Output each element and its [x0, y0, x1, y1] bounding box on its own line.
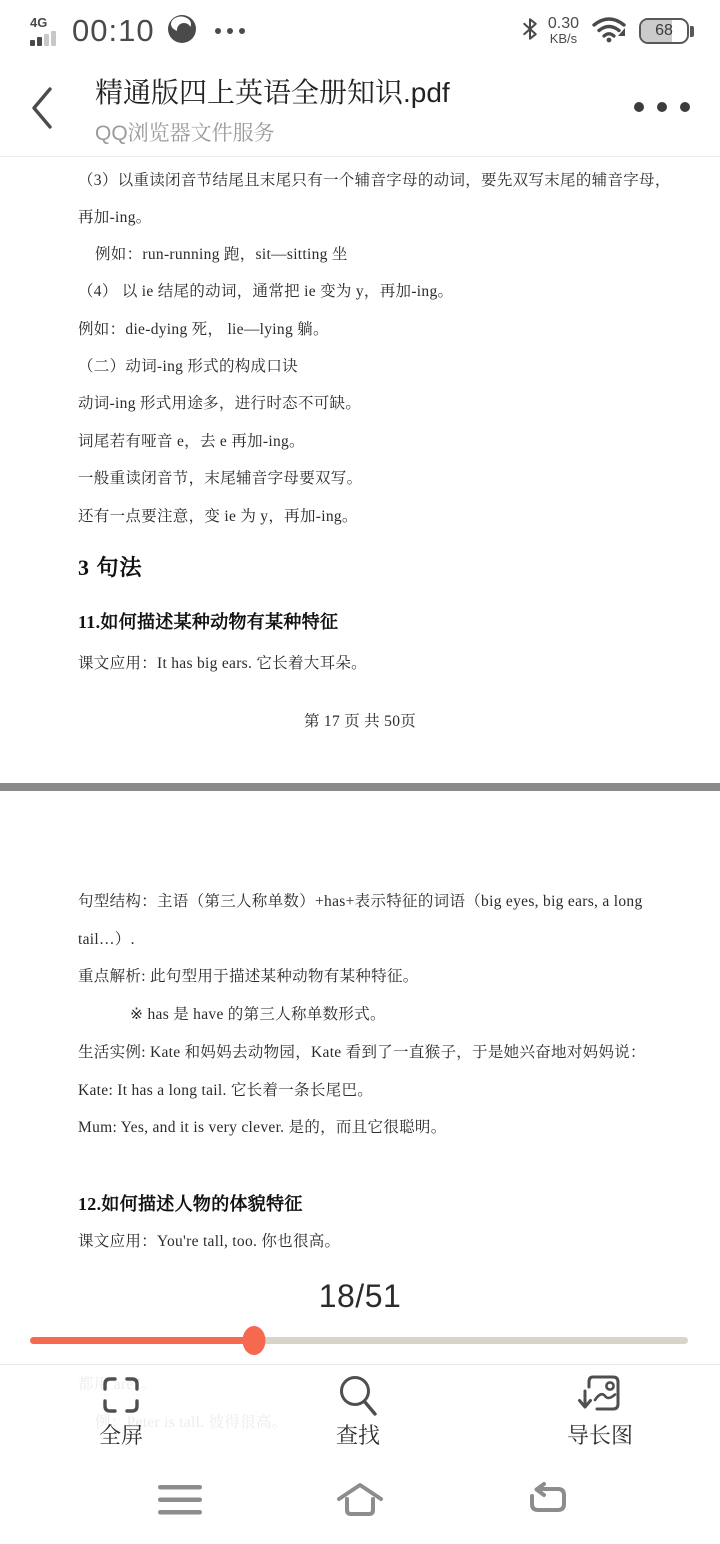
speed-value: 0.30	[548, 16, 579, 31]
recent-apps-button[interactable]	[157, 1482, 203, 1523]
back-button[interactable]	[30, 84, 64, 132]
search-icon	[336, 1373, 380, 1417]
system-navigation-bar	[0, 1460, 720, 1544]
pdf-text-line: 词尾若有哑音 e，去 e 再加-ing。	[78, 429, 305, 451]
wifi-icon	[591, 15, 627, 48]
pdf-text-line: 再加-ing。	[78, 205, 152, 227]
back-nav-button[interactable]	[527, 1482, 569, 1521]
network-type-label: 4G	[30, 17, 47, 29]
pdf-text-line: 生活实例: Kate 和妈妈去动物园，Kate 看到了一直猴子，于是她兴奋地对妈…	[78, 1040, 646, 1062]
home-icon	[335, 1507, 385, 1524]
pdf-item-heading: 11.如何描述某种动物有某种特征	[78, 608, 338, 634]
find-label: 查找	[336, 1419, 380, 1450]
battery-indicator: 68	[639, 18, 689, 44]
pdf-text-line: tail…）.	[78, 927, 135, 949]
pdf-item-heading: 12.如何描述人物的体貌特征	[78, 1190, 303, 1216]
fullscreen-button[interactable]: 全屏	[99, 1373, 143, 1450]
overflow-menu-button[interactable]	[621, 94, 690, 120]
pdf-text-line: 重点解析: 此句型用于描述某种动物有某种特征。	[78, 964, 419, 986]
document-source-label: QQ浏览器文件服务	[95, 117, 595, 147]
pdf-text-line: 例如：die-dying 死， lie—lying 躺。	[78, 317, 329, 339]
pdf-text-line: （二）动词-ing 形式的构成口诀	[78, 354, 298, 376]
pdf-text-line: 动词-ing 形式用途多，进行时态不可缺。	[78, 391, 361, 413]
pdf-text-line: Kate: It has a long tail. 它长着一条长尾巴。	[78, 1078, 373, 1100]
export-long-image-label: 导长图	[567, 1419, 633, 1450]
qq-browser-notification-icon	[167, 14, 197, 49]
pdf-text-line: 句型结构：主语（第三人称单数）+has+表示特征的词语（big eyes, bi…	[78, 889, 643, 911]
reader-toolbar: 全屏 查找 导长图	[0, 1364, 720, 1460]
pdf-text-line: （3）以重读闭音节结尾且末尾只有一个辅音字母的动词，要先双写末尾的辅音字母，	[78, 168, 671, 190]
cell-signal-icon: 4G	[30, 17, 58, 46]
slider-thumb[interactable]	[242, 1326, 265, 1355]
menu-icon	[157, 1505, 203, 1522]
clock-label: 00:10	[72, 13, 155, 49]
status-bar: 4G 00:10 0.30 KB/s	[0, 0, 720, 58]
page-separator	[0, 783, 720, 791]
return-arrow-icon	[527, 1503, 569, 1520]
pdf-section-heading: 3 句法	[78, 551, 143, 582]
pdf-text-line: 一般重读闭音节，末尾辅音字母要双写。	[78, 466, 362, 488]
pdf-text-line: 还有一点要注意，变 ie 为 y，再加-ing。	[78, 504, 358, 526]
network-speed-indicator: 0.30 KB/s	[548, 16, 579, 46]
pdf-text-line: 例如：run-running 跑，sit—sitting 坐	[95, 242, 348, 264]
page-progress-slider[interactable]	[30, 1326, 688, 1354]
export-long-image-icon	[577, 1373, 623, 1417]
pdf-text-line: （4） 以 ie 结尾的动词，通常把 ie 变为 y，再加-ing。	[78, 279, 453, 301]
find-button[interactable]: 查找	[336, 1373, 380, 1450]
export-long-image-button[interactable]: 导长图	[567, 1373, 633, 1450]
bluetooth-icon	[522, 17, 538, 46]
pdf-text-line: 课文应用：It has big ears. 它长着大耳朵。	[78, 651, 367, 673]
fullscreen-icon	[101, 1373, 141, 1417]
pdf-text-line: 课文应用：You're tall, too. 你也很高。	[78, 1229, 340, 1251]
home-button[interactable]	[335, 1482, 385, 1525]
fullscreen-label: 全屏	[99, 1419, 143, 1450]
page-number-indicator: 18/51	[0, 1278, 720, 1315]
app-header: 精通版四上英语全册知识.pdf QQ浏览器文件服务	[0, 58, 720, 157]
pdf-text-line: Mum: Yes, and it is very clever. 是的，而且它很…	[78, 1115, 447, 1137]
speed-unit: KB/s	[550, 31, 577, 46]
pdf-text-line: ※ has 是 have 的第三人称单数形式。	[130, 1002, 386, 1024]
document-title: 精通版四上英语全册知识.pdf	[95, 71, 595, 111]
more-notifications-icon	[209, 28, 245, 34]
phone-screen: 4G 00:10 0.30 KB/s	[0, 0, 720, 1544]
battery-nub	[690, 26, 694, 37]
battery-percent-label: 68	[655, 22, 673, 40]
slider-fill	[30, 1337, 254, 1344]
pdf-page-footer: 第 17 页 共 50页	[0, 709, 720, 731]
